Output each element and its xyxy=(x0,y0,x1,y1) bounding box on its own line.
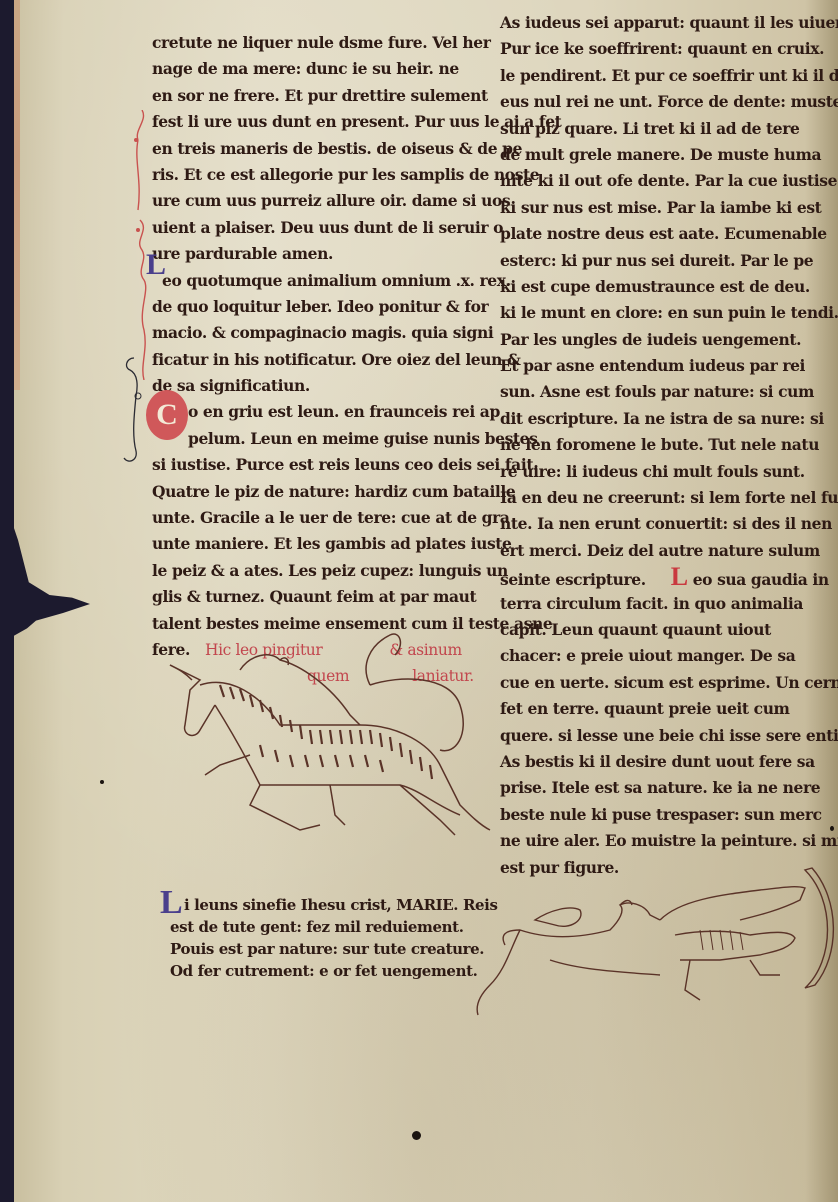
text-line: de quo loquitur leber. Ideo ponitur & fo… xyxy=(152,294,492,320)
text-line: o en griu est leun. en fraunceis rei ap xyxy=(152,399,492,425)
lion-attacking-ass-illustration xyxy=(160,625,500,845)
text-line: dit escripture. Ia ne istra de sa nure: … xyxy=(500,406,825,432)
text-line: unte maniere. Et les gambis ad plates iu… xyxy=(152,531,492,557)
left-column: cretute ne liquer nule dsme fure. Vel he… xyxy=(152,30,492,690)
text-line: ris. Et ce est allegorie pur les samplis… xyxy=(152,162,492,188)
pinhole-mark xyxy=(412,1131,421,1140)
text-line: macio. & compaginacio magis. quia signi xyxy=(152,320,492,346)
text-line: Pur ice ke soeffrirent: quaunt en cruix. xyxy=(500,36,825,62)
text-line: cretute ne liquer nule dsme fure. Vel he… xyxy=(152,30,492,56)
text-line: cue en uerte. sicum est esprime. Un cern… xyxy=(500,670,825,696)
text-line: fet en terre. quaunt preie ueit cum xyxy=(500,696,825,722)
right-column: As iudeus sei apparut: quaunt il les uiu… xyxy=(500,10,825,881)
text-line: capit. Leun quaunt quaunt uiout xyxy=(500,617,825,643)
lion-circle-illustration xyxy=(460,860,838,1020)
text-line: terra circulum facit. in quo animalia xyxy=(500,591,825,617)
text-line: ne len foromene le bute. Tut nele natu xyxy=(500,432,825,458)
text-line: ki le munt en clore: en sun puin le tend… xyxy=(500,300,825,326)
text-line: nage de ma mere: dunc ie su heir. ne xyxy=(152,56,492,82)
text-line: ki est cupe demustraunce est de deu. xyxy=(500,274,825,300)
blue-initial: L xyxy=(146,248,166,282)
text-line: As bestis ki il desire dunt uout fere sa xyxy=(500,749,825,775)
text-line: nite ki il out ofe dente. Par la cue ius… xyxy=(500,168,825,194)
text-line: prise. Itele est sa nature. ke ia ne ner… xyxy=(500,775,825,801)
left-edge-wear xyxy=(14,0,20,390)
text-line: Par les ungles de iudeis uengement. xyxy=(500,327,825,353)
text-line: le pendirent. Et pur ce soeffrir unt ki … xyxy=(500,63,825,89)
text-line: Ia en deu ne creerunt: si lem forte nel … xyxy=(500,485,825,511)
text-line: si iustise. Purce est reis leuns ceo dei… xyxy=(152,452,492,478)
text-line: eo quotumque animalium omnium .x. rex. xyxy=(152,268,492,294)
text-line: chacer: e preie uiout manger. De sa xyxy=(500,643,825,669)
text-line: le peiz & a ates. Les peiz cupez: lungui… xyxy=(152,558,492,584)
text-line: nte. Ia nen erunt conuertit: si des il n… xyxy=(500,511,825,537)
bottom-left-text: i leuns sinefie Ihesu crist, MARIE. Reis… xyxy=(162,894,492,982)
ink-speck xyxy=(100,780,104,784)
text-line: en treis maneris de bestis. de oiseus & … xyxy=(152,136,492,162)
text-line: pelum. Leun en meime guise nunis bestes xyxy=(152,426,492,452)
text-line: ficatur in his notificatur. Ore oiez del… xyxy=(152,347,492,373)
text-line: re uire: li iudeus chi mult fouls sunt. xyxy=(500,459,825,485)
red-initial: L xyxy=(671,562,688,591)
text-line: ne uire aler. Eo muistre la peinture. si… xyxy=(500,828,825,854)
text-line: ure pardurable amen. xyxy=(152,241,492,267)
text-line: de sa significatiun. xyxy=(152,373,492,399)
text-line: As iudeus sei apparut: quaunt il les uiu… xyxy=(500,10,825,36)
text-line: Pouis est par nature: sur tute creature. xyxy=(162,938,492,960)
text-line: quere. si lesse une beie chi isse sere e… xyxy=(500,723,825,749)
text-line: Et par asne entendum iudeus par rei xyxy=(500,353,825,379)
text-line: Quatre le piz de nature: hardiz cum bata… xyxy=(152,479,492,505)
ink-speck xyxy=(830,826,834,831)
text-line: uient a plaiser. Deu uus dunt de li seru… xyxy=(152,215,492,241)
text-line: fest li ure uus dunt en present. Pur uus… xyxy=(152,109,492,135)
text-line: unte. Gracile a le uer de tere: cue at d… xyxy=(152,505,492,531)
text-line: sun piz quare. Li tret ki il ad de tere xyxy=(500,116,825,142)
text-line: de mult grele manere. De muste huma xyxy=(500,142,825,168)
text-line: beste nule ki puse trespaser: sun merc xyxy=(500,802,825,828)
text-line: glis & turnez. Quaunt feim at par maut xyxy=(152,584,492,610)
text-line: seinte escripture. L eo sua gaudia in xyxy=(500,564,825,590)
text-fragment: eo sua gaudia in xyxy=(693,570,829,589)
text-line: ert merci. Deiz del autre nature sulum xyxy=(500,538,825,564)
text-line: esterc: ki pur nus sei dureit. Par le pe xyxy=(500,248,825,274)
text-line: est de tute gent: fez mil reduiement. xyxy=(162,916,492,938)
text-line: ki sur nus est mise. Par la iambe ki est xyxy=(500,195,825,221)
text-line: Od fer cutrement: e or fet uengement. xyxy=(162,960,492,982)
red-initial: C xyxy=(146,390,188,440)
text-line: eus nul rei ne unt. Force de dente: must… xyxy=(500,89,825,115)
text-line: ure cum uus purreiz allure oir. dame si … xyxy=(152,188,492,214)
text-line: plate nostre deus est aate. Ecumenable xyxy=(500,221,825,247)
text-line: i leuns sinefie Ihesu crist, MARIE. Reis xyxy=(162,894,492,916)
text-line: sun. Asne est fouls par nature: si cum xyxy=(500,379,825,405)
text-fragment: seinte escripture. xyxy=(500,570,646,589)
text-line: en sor ne frere. Et pur drettire sulemen… xyxy=(152,83,492,109)
